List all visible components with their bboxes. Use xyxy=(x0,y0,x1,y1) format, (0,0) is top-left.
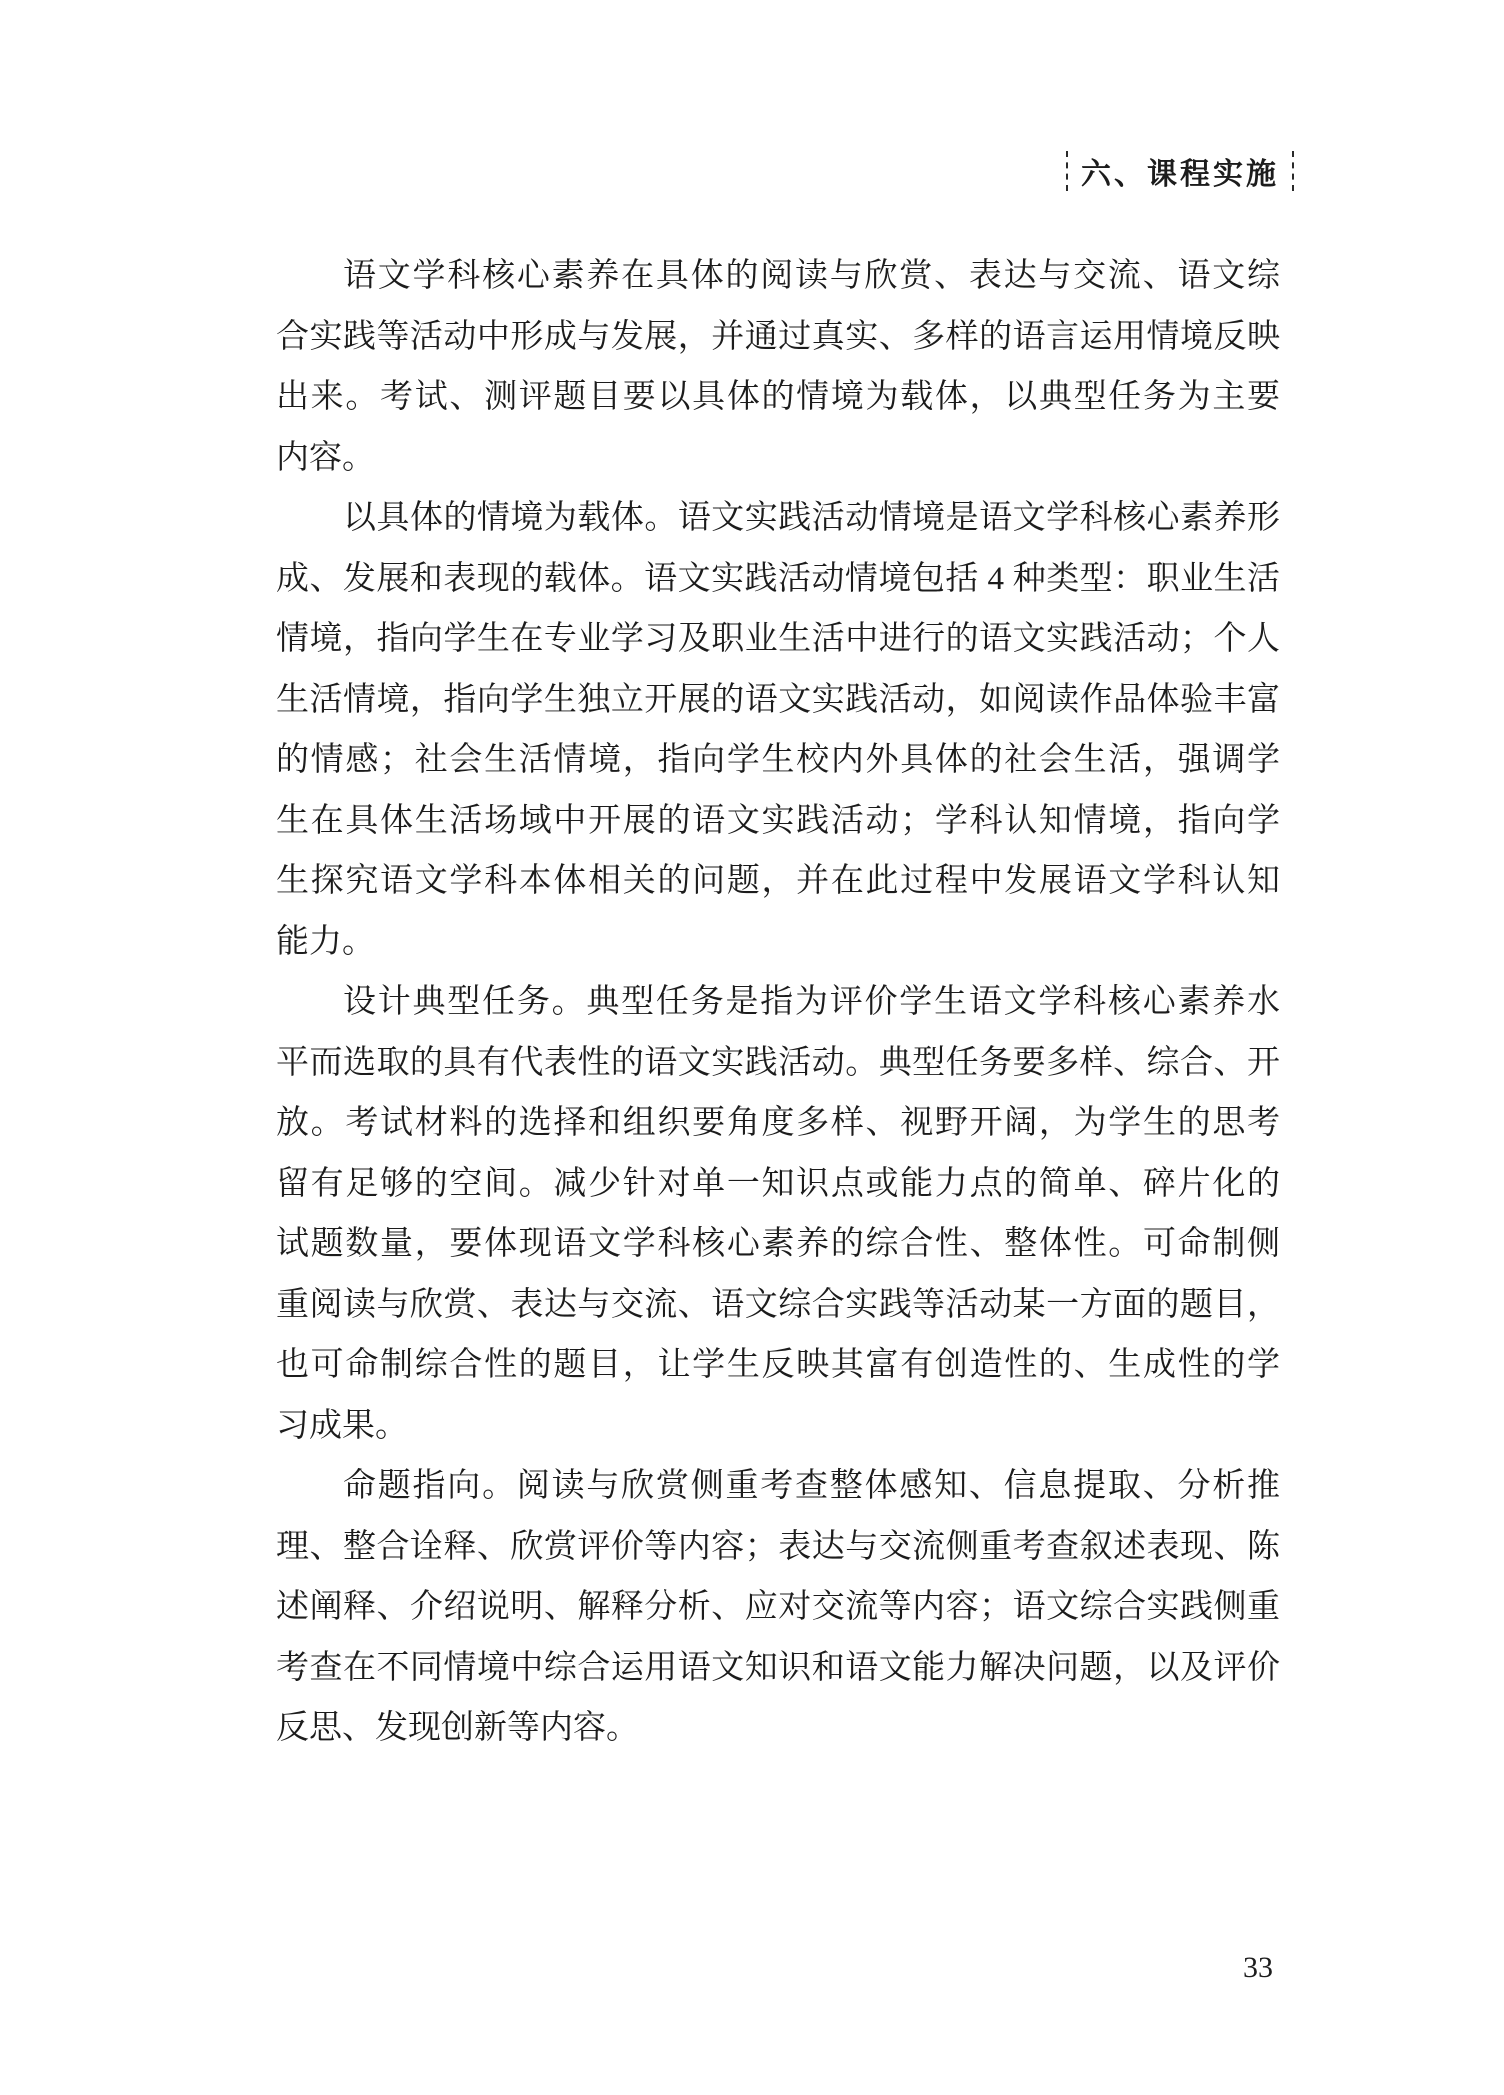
text-line: 放。考试材料的选择和组织要角度多样、视野开阔，为学生的思考 xyxy=(276,1093,1280,1154)
page-number: 33 xyxy=(1243,1948,1273,1988)
text-line: 反思、发现创新等内容。 xyxy=(276,1698,1280,1759)
text-line: 成、发展和表现的载体。语文实践活动情境包括 4 种类型：职业生活 xyxy=(276,549,1280,610)
text-line: 合实践等活动中形成与发展，并通过真实、多样的语言运用情境反映 xyxy=(276,307,1280,368)
text-line: 能力。 xyxy=(276,912,1280,973)
text-line: 重阅读与欣赏、表达与交流、语文综合实践等活动某一方面的题目， xyxy=(276,1275,1280,1336)
text-line: 出来。考试、测评题目要以具体的情境为载体，以典型任务为主要 xyxy=(276,367,1280,428)
text-line: 命题指向。阅读与欣赏侧重考查整体感知、信息提取、分析推 xyxy=(276,1456,1280,1517)
text-line: 以具体的情境为载体。语文实践活动情境是语文学科核心素养形 xyxy=(276,488,1280,549)
text-line: 设计典型任务。典型任务是指为评价学生语文学科核心素养水 xyxy=(276,972,1280,1033)
body-text: 语文学科核心素养在具体的阅读与欣赏、表达与交流、语文综合实践等活动中形成与发展，… xyxy=(276,246,1280,1759)
text-line: 留有足够的空间。减少针对单一知识点或能力点的简单、碎片化的 xyxy=(276,1154,1280,1215)
text-line: 内容。 xyxy=(276,428,1280,489)
text-line: 生活情境，指向学生独立开展的语文实践活动，如阅读作品体验丰富 xyxy=(276,670,1280,731)
text-line: 语文学科核心素养在具体的阅读与欣赏、表达与交流、语文综 xyxy=(276,246,1280,307)
document-page: 六、课程实施 语文学科核心素养在具体的阅读与欣赏、表达与交流、语文综合实践等活动… xyxy=(0,0,1504,2095)
text-line: 考查在不同情境中综合运用语文知识和语文能力解决问题，以及评价 xyxy=(276,1638,1280,1699)
text-line: 生探究语文学科本体相关的问题，并在此过程中发展语文学科认知 xyxy=(276,851,1280,912)
text-line: 平而选取的具有代表性的语文实践活动。典型任务要多样、综合、开 xyxy=(276,1033,1280,1094)
text-line: 述阐释、介绍说明、解释分析、应对交流等内容；语文综合实践侧重 xyxy=(276,1577,1280,1638)
text-line: 情境，指向学生在专业学习及职业生活中进行的语文实践活动；个人 xyxy=(276,609,1280,670)
text-line: 生在具体生活场域中开展的语文实践活动；学科认知情境，指向学 xyxy=(276,791,1280,852)
section-header: 六、课程实施 xyxy=(1066,151,1294,191)
text-line: 也可命制综合性的题目，让学生反映其富有创造性的、生成性的学 xyxy=(276,1335,1280,1396)
text-line: 习成果。 xyxy=(276,1396,1280,1457)
text-line: 理、整合诠释、欣赏评价等内容；表达与交流侧重考查叙述表现、陈 xyxy=(276,1517,1280,1578)
text-line: 的情感；社会生活情境，指向学生校内外具体的社会生活，强调学 xyxy=(276,730,1280,791)
section-header-label: 六、课程实施 xyxy=(1081,149,1279,193)
text-line: 试题数量，要体现语文学科核心素养的综合性、整体性。可命制侧 xyxy=(276,1214,1280,1275)
